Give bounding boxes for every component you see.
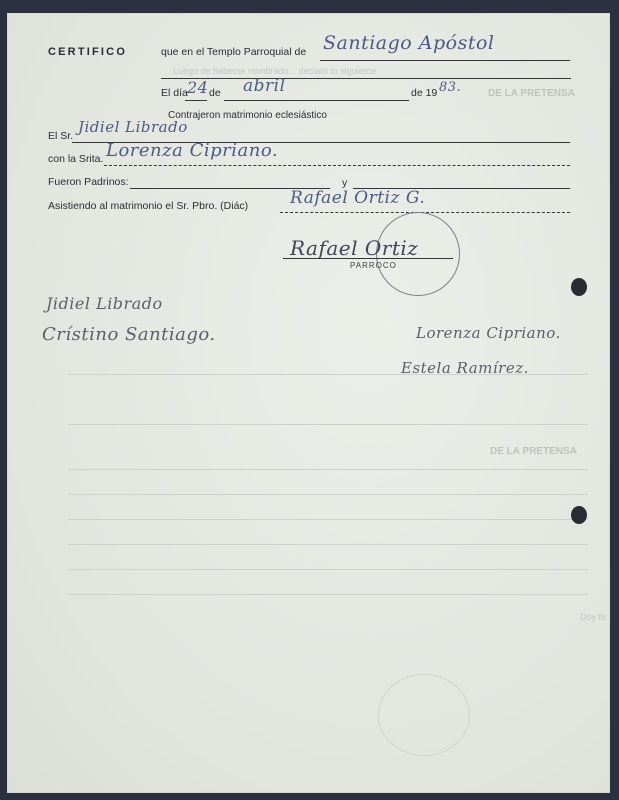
bride-label: con la Srita. [48, 153, 103, 165]
certificate-title: CERTIFICO [48, 46, 127, 58]
witness-left-2: Crístino Santiago. [42, 324, 216, 345]
married-label: Contrajeron matrimonio eclesiástico [168, 110, 327, 121]
punch-hole-top [571, 278, 587, 296]
bride-value: Lorenza Cipriano. [106, 140, 278, 161]
certificate-page: Luego de haberse nombrado... declaró lo … [8, 14, 609, 792]
date-de: de [209, 87, 221, 99]
date-year-suffix: 83. [439, 80, 461, 95]
officiant-value: Rafael Ortiz G. [290, 188, 425, 208]
parish-line-2 [161, 78, 571, 79]
parish-line [320, 60, 570, 61]
parish-label: que en el Templo Parroquial de [161, 46, 306, 58]
date-year-prefix: de 19 [411, 87, 437, 99]
bleed-through-heading-2: DE LA PRETENSA [490, 446, 577, 457]
punch-hole-bottom [571, 506, 587, 524]
officiant-label: Asistiendo al matrimonio el Sr. Pbro. (D… [48, 200, 248, 212]
priest-signature: Rafael Ortiz [290, 236, 418, 260]
date-month: abril [243, 76, 286, 96]
groom-label: El Sr. [48, 130, 73, 142]
parish-value: Santiago Apóstol [323, 32, 495, 54]
bleed-through-text: Luego de haberse nombrado... declaró lo … [173, 66, 376, 76]
bleed-through-doy-fe: Doy fe. [580, 612, 609, 622]
godparents-label: Fueron Padrinos: [48, 176, 129, 188]
date-prefix: El día [161, 87, 188, 99]
groom-value: Jidiel Librado [78, 118, 188, 136]
witness-right-1: Lorenza Cipriano. [416, 324, 561, 342]
bleed-through-stamp [378, 674, 470, 756]
priest-title: PARROCO [350, 261, 397, 270]
bleed-through-heading: DE LA PRETENSA [488, 88, 575, 99]
witness-right-2: Estela Ramírez. [401, 359, 529, 377]
witness-left-1: Jidiel Librado [46, 294, 163, 313]
date-day: 24 [187, 78, 208, 97]
